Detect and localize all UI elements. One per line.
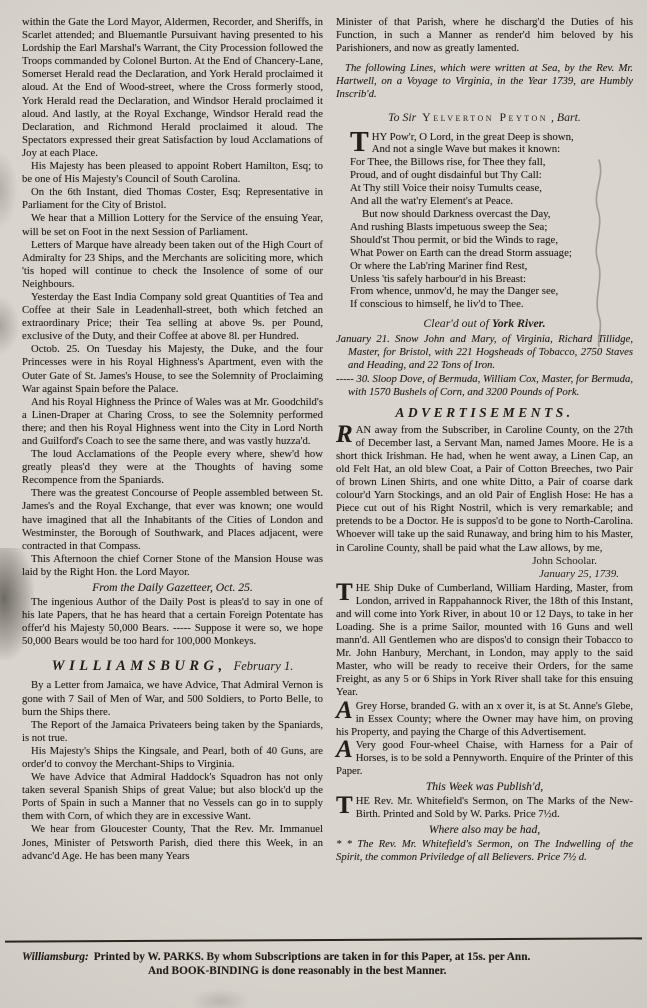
news-paragraph: We hear that a Million Lottery for the S… [22, 212, 323, 238]
paper-stain [190, 988, 250, 1008]
publication-dropcap: T [336, 795, 356, 816]
poem-dedication: To Sir Yelverton Peyton, Bart. [336, 110, 633, 125]
dateline-city: WILLIAMSBURG, [52, 658, 227, 674]
footer-rule [5, 937, 642, 942]
ink-smudge [0, 150, 18, 230]
news-paragraph: By a Letter from Jamaica, we have Advice… [22, 679, 323, 718]
dateline-williamsburg: WILLIAMSBURG, February 1. [22, 657, 323, 675]
advertisement-text: Grey Horse, branded G. with an x over it… [336, 700, 633, 738]
news-paragraph: This Afternoon the chief Corner Stone of… [22, 553, 323, 579]
right-column: Minister of that Parish, where he discha… [336, 16, 633, 864]
imprint-text: Printed by W. PARKS. By whom Subscriptio… [94, 951, 531, 963]
advertisement-dropcap: R [336, 424, 356, 445]
cleared-heading-lead: Clear'd out of [423, 316, 488, 330]
advertisement-runaway: RAN away from the Subscriber, in Carolin… [336, 424, 633, 555]
section-heading-gazetteer: From the Daily Gazetteer, Oct. 25. [22, 581, 323, 595]
poem-dropcap: T [350, 131, 372, 154]
section-heading-advertisements: ADVERTISEMENTS. [336, 405, 633, 421]
news-paragraph: We have Advice that Admiral Haddock's Sq… [22, 771, 323, 823]
poem-line-text: HY Pow'r, O Lord, in the great Deep is s… [372, 131, 574, 143]
news-paragraph: There was the greatest Concourse of Peop… [22, 487, 323, 552]
news-paragraph: The ingenious Author of the Daily Post i… [22, 596, 323, 648]
publication-notice-second: * * The Rev. Mr. Whitefield's Sermon, on… [336, 838, 633, 864]
news-paragraph: And his Royal Highness the Prince of Wal… [22, 396, 323, 448]
poem-line: And not a single Wave but makes it known… [350, 143, 633, 156]
news-paragraph: The Report of the Jamaica Privateers bei… [22, 719, 323, 745]
advertisement-signature: John Schoolar. [336, 555, 633, 569]
dateline-date: February 1. [234, 659, 294, 673]
news-paragraph: The loud Acclamations of the People ever… [22, 448, 323, 487]
newspaper-page: within the Gate the Lord Mayor, Aldermen… [0, 0, 647, 1008]
advertisement-text: Very good Four-wheel Chaise, with Harnes… [336, 739, 633, 777]
poem-line: THY Pow'r, O Lord, in the great Deep is … [350, 131, 633, 144]
advertisement-dropcap: T [336, 582, 356, 603]
publication-notice: THE Rev. Mr. Whitefield's Sermon, on The… [336, 795, 633, 821]
news-paragraph: On the 6th Instant, died Thomas Coster, … [22, 186, 323, 212]
shipping-entry: ----- 30. Sloop Dove, of Bermuda, Willia… [336, 373, 633, 399]
ink-smudge [0, 548, 34, 660]
section-heading-published: This Week was Publish'd, [336, 780, 633, 794]
advertisement-date: January 25, 1739. [336, 568, 633, 582]
dedication-name: Yelverton Peyton [422, 110, 548, 124]
printer-imprint-line1: Williamsburg:Printed by W. PARKS. By who… [22, 950, 630, 965]
advertisement-dropcap: A [336, 700, 356, 721]
publication-subheading: Where also may be had, [336, 823, 633, 837]
news-paragraph: within the Gate the Lord Mayor, Aldermen… [22, 16, 323, 160]
ink-smudge [0, 296, 20, 356]
news-paragraph: Octob. 25. On Tuesday his Majesty, the D… [22, 343, 323, 395]
margin-crease-mark [589, 158, 609, 348]
advertisement-ship: THE Ship Duke of Cumberland, William Har… [336, 582, 633, 700]
news-paragraph: Yesterday the East India Company sold gr… [22, 291, 323, 343]
dedication-prefix: To Sir [388, 110, 416, 124]
publication-text: HE Rev. Mr. Whitefield's Sermon, on The … [356, 795, 633, 820]
advertisement-horse: AGrey Horse, branded G. with an x over i… [336, 700, 633, 739]
news-paragraph: We hear from Gloucester County, That the… [22, 823, 323, 862]
dedication-suffix: , Bart. [551, 110, 581, 124]
imprint-city: Williamsburg: [22, 951, 89, 963]
news-paragraph: His Majesty's Ships the Kingsale, and Pe… [22, 745, 323, 771]
news-paragraph: Minister of that Parish, where he discha… [336, 16, 633, 55]
printer-imprint-line2: And BOOK-BINDING is done reasonably in t… [148, 965, 446, 977]
advertisement-chaise: AVery good Four-wheel Chaise, with Harne… [336, 739, 633, 778]
cleared-heading-name: York River. [492, 316, 546, 330]
advertisement-dropcap: A [336, 739, 356, 760]
news-paragraph: His Majesty has been pleased to appoint … [22, 160, 323, 186]
news-paragraph: Letters of Marque have already been take… [22, 239, 323, 291]
left-column: within the Gate the Lord Mayor, Aldermen… [22, 16, 323, 863]
advertisement-text: AN away from the Subscriber, in Caroline… [336, 424, 633, 554]
advertisement-text: HE Ship Duke of Cumberland, William Hard… [336, 582, 633, 699]
poem-introduction-note: The following Lines, which were written … [336, 62, 633, 101]
